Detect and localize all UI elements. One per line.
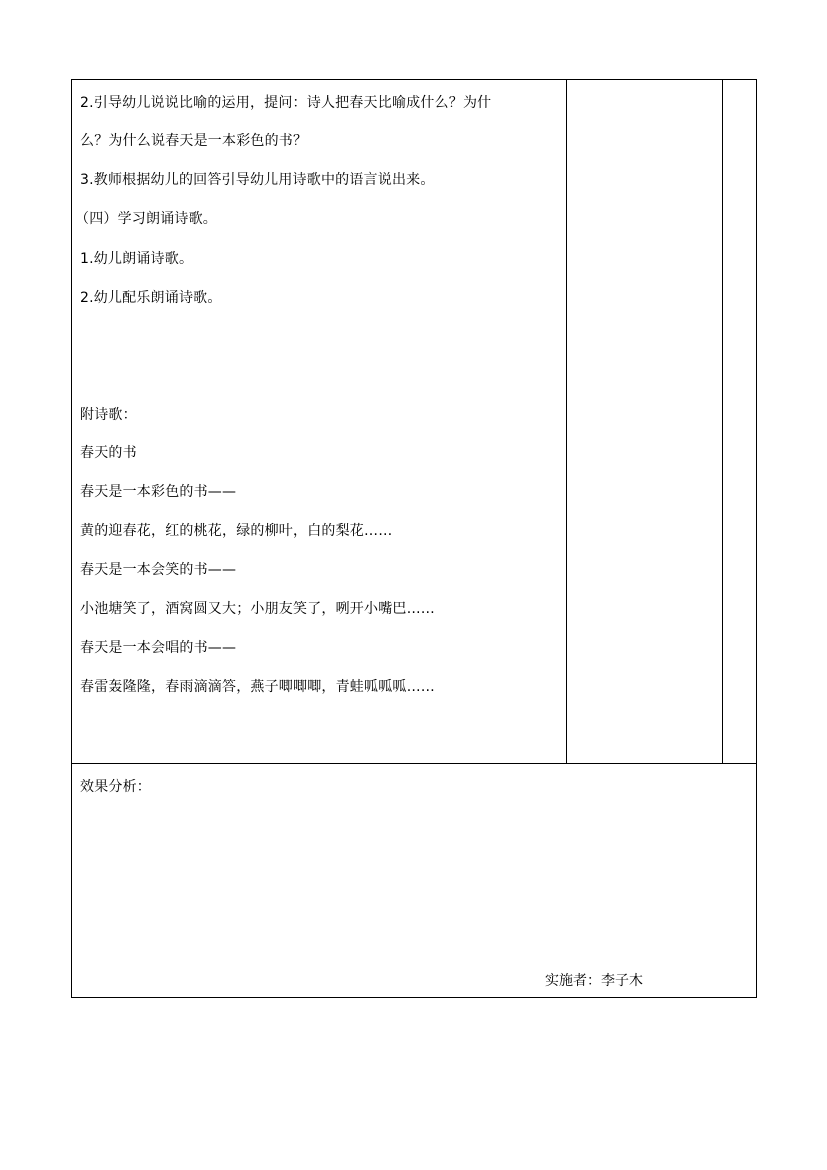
poem-line: 春雷轰隆隆，春雨滴滴答，燕子唧唧唧，青蛙呱呱呱…… bbox=[80, 678, 435, 696]
step-2-question: 2.引导幼儿说说比喻的运用，提问：诗人把春天比喻成什么？为什 bbox=[80, 94, 491, 112]
implementer-signature: 实施者：李子木 bbox=[545, 972, 643, 990]
empty-cell-middle bbox=[567, 80, 722, 763]
section-4-heading: （四）学习朗诵诗歌。 bbox=[75, 210, 217, 228]
step-3: 3.教师根据幼儿的回答引导幼儿用诗歌中的语言说出来。 bbox=[80, 171, 435, 189]
table-right-border bbox=[756, 79, 757, 998]
poem-line: 春天是一本会唱的书—— bbox=[80, 639, 236, 657]
table-bottom-border bbox=[71, 997, 757, 998]
empty-cell-right bbox=[723, 80, 756, 763]
effect-analysis-label: 效果分析： bbox=[80, 778, 151, 796]
table-row-divider bbox=[71, 763, 757, 764]
poem-line: 春天是一本彩色的书—— bbox=[80, 483, 236, 501]
step-2-question-cont: 么？为什么说春天是一本彩色的书？ bbox=[80, 132, 307, 150]
poem-heading: 附诗歌： bbox=[80, 406, 137, 424]
poem-line: 小池塘笑了，酒窝圆又大；小朋友笑了，咧开小嘴巴…… bbox=[80, 600, 435, 618]
table-left-border bbox=[71, 79, 72, 998]
poem-title: 春天的书 bbox=[80, 444, 137, 462]
section-4-step-2: 2.幼儿配乐朗诵诗歌。 bbox=[80, 289, 222, 307]
poem-line: 黄的迎春花，红的桃花，绿的柳叶，白的梨花…… bbox=[80, 522, 392, 540]
poem-line: 春天是一本会笑的书—— bbox=[80, 561, 236, 579]
document-page: 2.引导幼儿说说比喻的运用，提问：诗人把春天比喻成什么？为什 么？为什么说春天是… bbox=[0, 0, 827, 1170]
section-4-step-1: 1.幼儿朗诵诗歌。 bbox=[80, 250, 193, 268]
